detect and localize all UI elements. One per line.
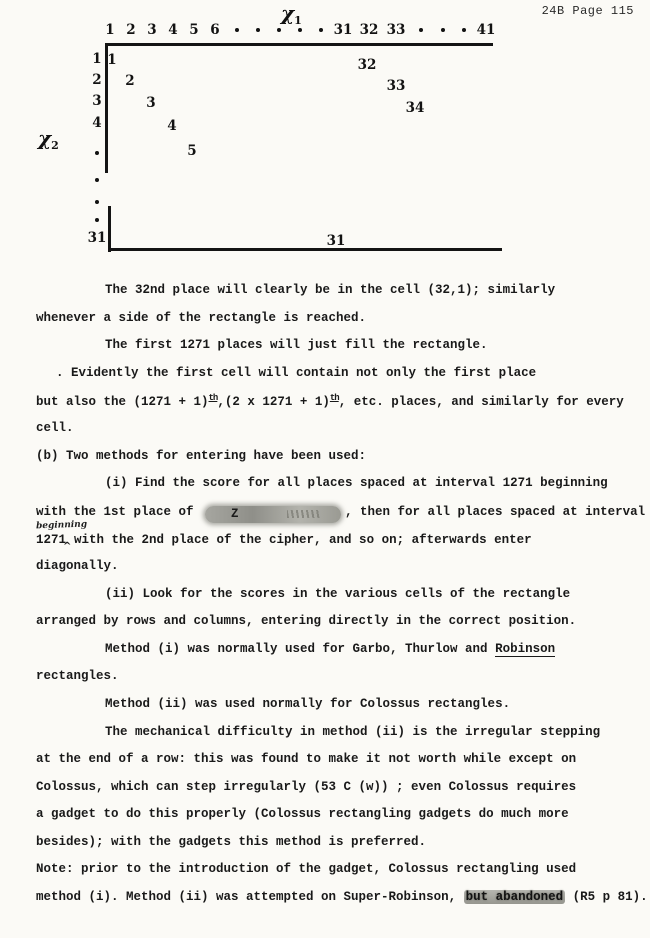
- text-line: Method (i) was normally used for Garbo, …: [36, 642, 636, 670]
- handwritten-insertion: beginning^: [66, 531, 74, 543]
- superscript-th: th: [330, 393, 339, 403]
- bottom-axis-number: 31: [327, 233, 346, 249]
- text-line: 1271beginning^with the 2nd place of the …: [36, 531, 636, 559]
- redacted-smudge: Z: [205, 506, 341, 523]
- bottom-axis-line: [108, 248, 502, 251]
- text-line: at the end of a row: this was found to m…: [36, 752, 636, 780]
- cell-entry-number: 1: [107, 52, 116, 68]
- x2-axis-tick-label: 31: [88, 230, 107, 246]
- x2-axis-dot: [95, 218, 99, 222]
- cell-entry-number: 4: [167, 118, 176, 134]
- text-line: Method (ii) was used normally for Coloss…: [36, 697, 636, 725]
- x1-axis-tick-label: 41: [477, 22, 496, 38]
- text-line: cell.: [36, 421, 636, 449]
- x1-axis-title: χ1: [281, 1, 302, 27]
- x1-axis-dot: [256, 28, 260, 32]
- text-line: The first 1271 places will just fill the…: [36, 338, 636, 366]
- text-line: . Evidently the first cell will contain …: [36, 366, 636, 394]
- x2-axis-dot: [95, 200, 99, 204]
- text-line: The mechanical difficulty in method (ii)…: [36, 725, 636, 753]
- x1-axis-dot: [319, 28, 323, 32]
- x1-axis-tick-label: 32: [360, 22, 379, 38]
- text-line: (i) Find the score for all places spaced…: [36, 476, 636, 504]
- x1-axis-tick-label: 3: [147, 22, 156, 38]
- text-line: arranged by rows and columns, entering d…: [36, 614, 636, 642]
- text-line: but also the (1271 + 1)th,(2 x 1271 + 1)…: [36, 393, 636, 421]
- x1-axis-tick-label: 4: [168, 22, 177, 38]
- text-line: Note: prior to the introduction of the g…: [36, 862, 636, 890]
- text-line: diagonally.: [36, 559, 636, 587]
- cell-entry-number: 34: [406, 100, 425, 116]
- cell-entry-number: 3: [146, 95, 155, 111]
- text-line: rectangles.: [36, 669, 636, 697]
- text-line: whenever a side of the rectangle is reac…: [36, 311, 636, 339]
- body-text: The 32nd place will clearly be in the ce…: [36, 283, 636, 918]
- x2-subscript: 2: [51, 139, 59, 152]
- text-line: besides); with the gadgets this method i…: [36, 835, 636, 863]
- cell-entry-number: 32: [358, 57, 377, 73]
- x2-axis-tick-label: 2: [92, 72, 101, 88]
- insertion-caret-icon: ^: [63, 541, 71, 552]
- text-line: (b) Two methods for entering have been u…: [36, 449, 636, 477]
- x1-axis-tick-label: 2: [126, 22, 135, 38]
- text-line: (ii) Look for the scores in the various …: [36, 587, 636, 615]
- x1-axis-dot: [419, 28, 423, 32]
- x1-axis-tick-label: 31: [334, 22, 353, 38]
- text-line: method (i). Method (ii) was attempted on…: [36, 890, 636, 918]
- cell-entry-number: 33: [387, 78, 406, 94]
- x1-axis-dot: [235, 28, 239, 32]
- scanned-document-page: 24B Page 115 χ1 χ2 123456313233411234311…: [0, 0, 650, 938]
- x1-axis-tick-label: 33: [387, 22, 406, 38]
- x1-axis-dot: [462, 28, 466, 32]
- x1-axis-dot: [441, 28, 445, 32]
- diagram: χ1 χ2 123456313233411234311234532333431: [0, 0, 650, 272]
- left-axis-line-lower: [108, 206, 111, 252]
- text-line: with the 1st place of Z, then for all pl…: [36, 504, 636, 532]
- superscript-th: th: [209, 393, 218, 403]
- text-line: Colossus, which can step irregularly (53…: [36, 780, 636, 808]
- x1-axis-tick-label: 5: [189, 22, 198, 38]
- x2-axis-dot: [95, 178, 99, 182]
- x2-axis-tick-label: 4: [92, 115, 101, 131]
- x1-axis-tick-label: 6: [210, 22, 219, 38]
- cell-entry-number: 5: [187, 143, 196, 159]
- x1-axis-dot: [298, 28, 302, 32]
- x2-axis-title: χ2: [38, 126, 59, 152]
- x2-axis-tick-label: 3: [92, 93, 101, 109]
- cell-entry-number: 2: [125, 73, 134, 89]
- x2-axis-dot: [95, 151, 99, 155]
- x1-axis-tick-label: 1: [105, 22, 114, 38]
- smudged-text: but abandoned: [464, 890, 566, 904]
- x1-subscript: 1: [294, 14, 302, 27]
- underlined-text: Robinson: [495, 642, 555, 657]
- x2-axis-tick-label: 1: [92, 51, 101, 67]
- text-line: The 32nd place will clearly be in the ce…: [36, 283, 636, 311]
- top-axis-line: [105, 43, 493, 46]
- x1-axis-dot: [277, 28, 281, 32]
- text-line: a gadget to do this properly (Colossus r…: [36, 807, 636, 835]
